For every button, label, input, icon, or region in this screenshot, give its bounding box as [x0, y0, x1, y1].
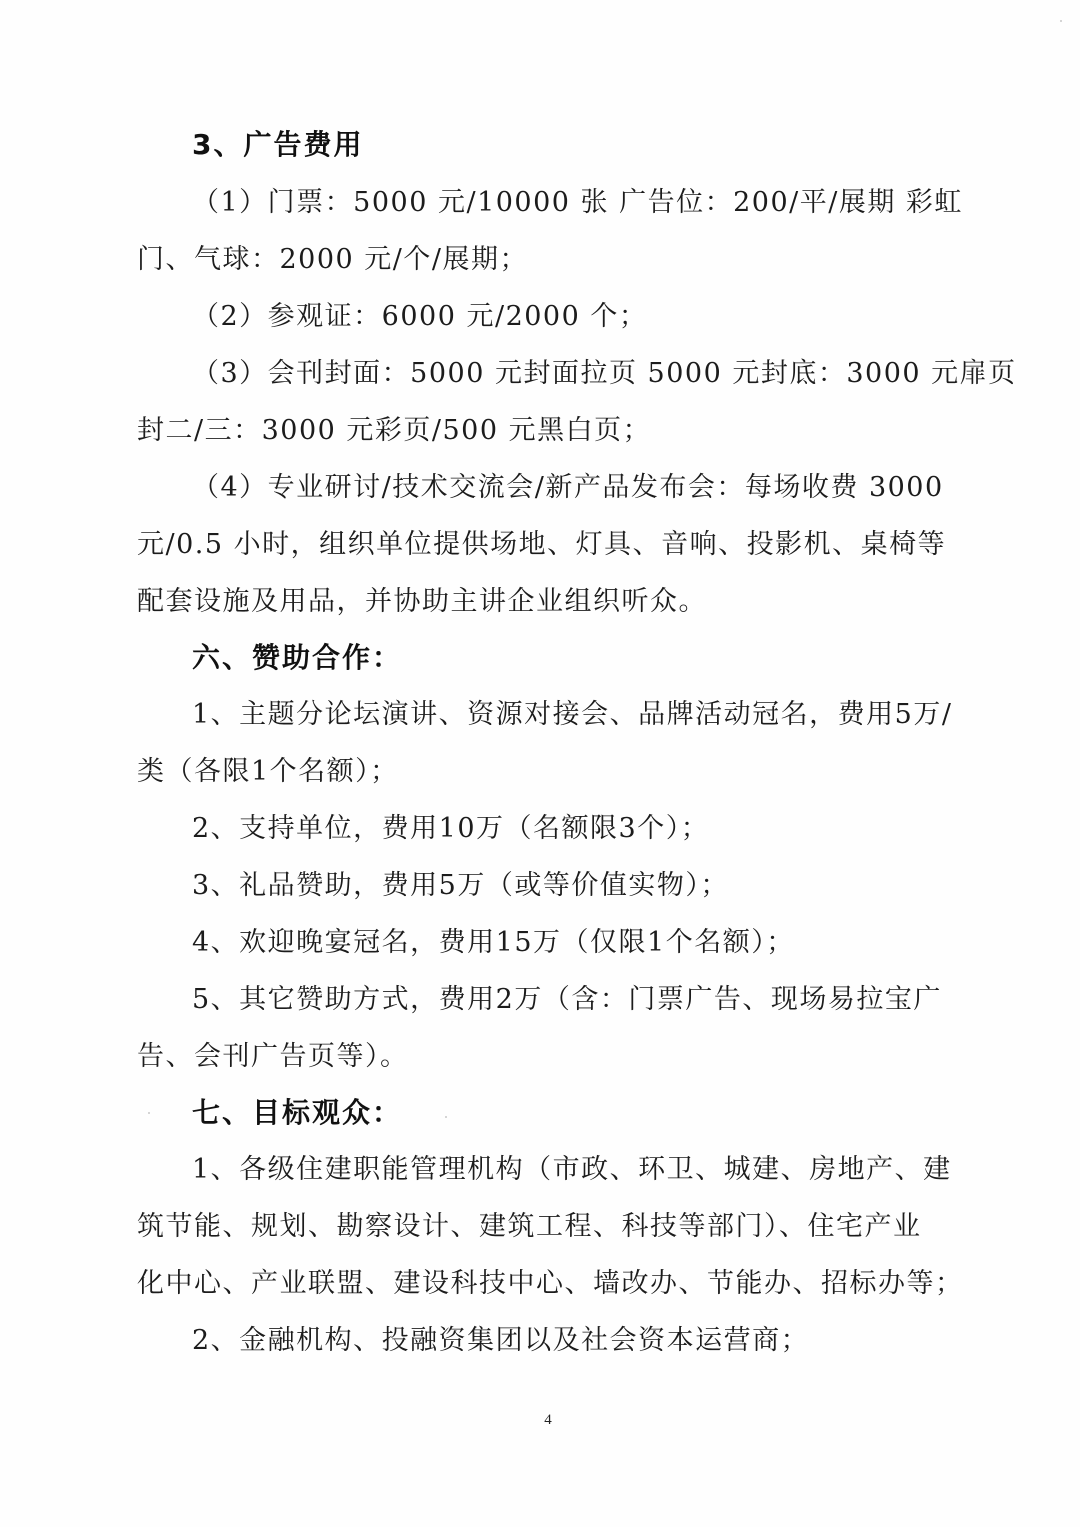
ad-item-3-line-1: （3）会刊封面：5000 元封面拉页 5000 元封底：3000 元扉页 [192, 357, 1017, 391]
ad-item-4-line-2: 元/0.5 小时，组织单位提供场地、灯具、音响、投影机、桌椅等 [137, 528, 946, 562]
section-heading-target-audience: 七、目标观众： [192, 1096, 402, 1130]
sponsor-item-5-line-2: 告、会刊广告页等）。 [137, 1040, 409, 1074]
ad-item-2-line-1: （2）参观证：6000 元/2000 个； [192, 300, 647, 334]
sponsor-item-1-line-1: 1、主题分论坛演讲、资源对接会、品牌活动冠名，费用5万/ [192, 698, 952, 732]
section-heading-sponsorship: 六、赞助合作： [192, 641, 402, 675]
sponsor-item-4: 4、欢迎晚宴冠名，费用15万（仅限1个名额）； [192, 926, 795, 960]
sponsor-item-5-line-1: 5、其它赞助方式，费用2万（含：门票广告、现场易拉宝广 [192, 983, 942, 1017]
scan-speck [1060, 20, 1062, 22]
ad-item-4-line-1: （4）专业研讨/技术交流会/新产品发布会：每场收费 3000 [192, 471, 944, 505]
ad-item-1-line-1: （1）门票：5000 元/10000 张 广告位：200/平/展期 彩虹 [192, 186, 963, 220]
document-page: 3、广告费用 （1）门票：5000 元/10000 张 广告位：200/平/展期… [0, 0, 1080, 1527]
page-number: 4 [0, 1412, 1080, 1429]
ad-item-4-line-3: 配套设施及用品，并协助主讲企业组织听众。 [137, 585, 707, 619]
audience-item-2: 2、金融机构、投融资集团以及社会资本运营商； [192, 1324, 809, 1358]
ad-item-3-line-2: 封二/三：3000 元彩页/500 元黑白页； [137, 414, 651, 448]
scan-speck [445, 1116, 447, 1118]
sponsor-item-1-line-2: 类（各限1个名额）； [137, 755, 399, 789]
audience-item-1-line-3: 化中心、产业联盟、建设科技中心、墙改办、节能办、招标办等； [137, 1267, 964, 1301]
audience-item-1-line-1: 1、各级住建职能管理机构（市政、环卫、城建、房地产、建 [192, 1153, 952, 1187]
section-heading-advertising-fees: 3、广告费用 [192, 128, 363, 162]
ad-item-1-line-2: 门、气球：2000 元/个/展期； [137, 243, 528, 277]
sponsor-item-2: 2、支持单位，费用10万（名额限3个）； [192, 812, 709, 846]
audience-item-1-line-2: 筑节能、规划、勘察设计、建筑工程、科技等部门）、住宅产业 [137, 1210, 922, 1244]
scan-speck [875, 1160, 877, 1162]
scan-speck [148, 1112, 150, 1114]
sponsor-item-3: 3、礼品赞助，费用5万（或等价值实物）； [192, 869, 729, 903]
